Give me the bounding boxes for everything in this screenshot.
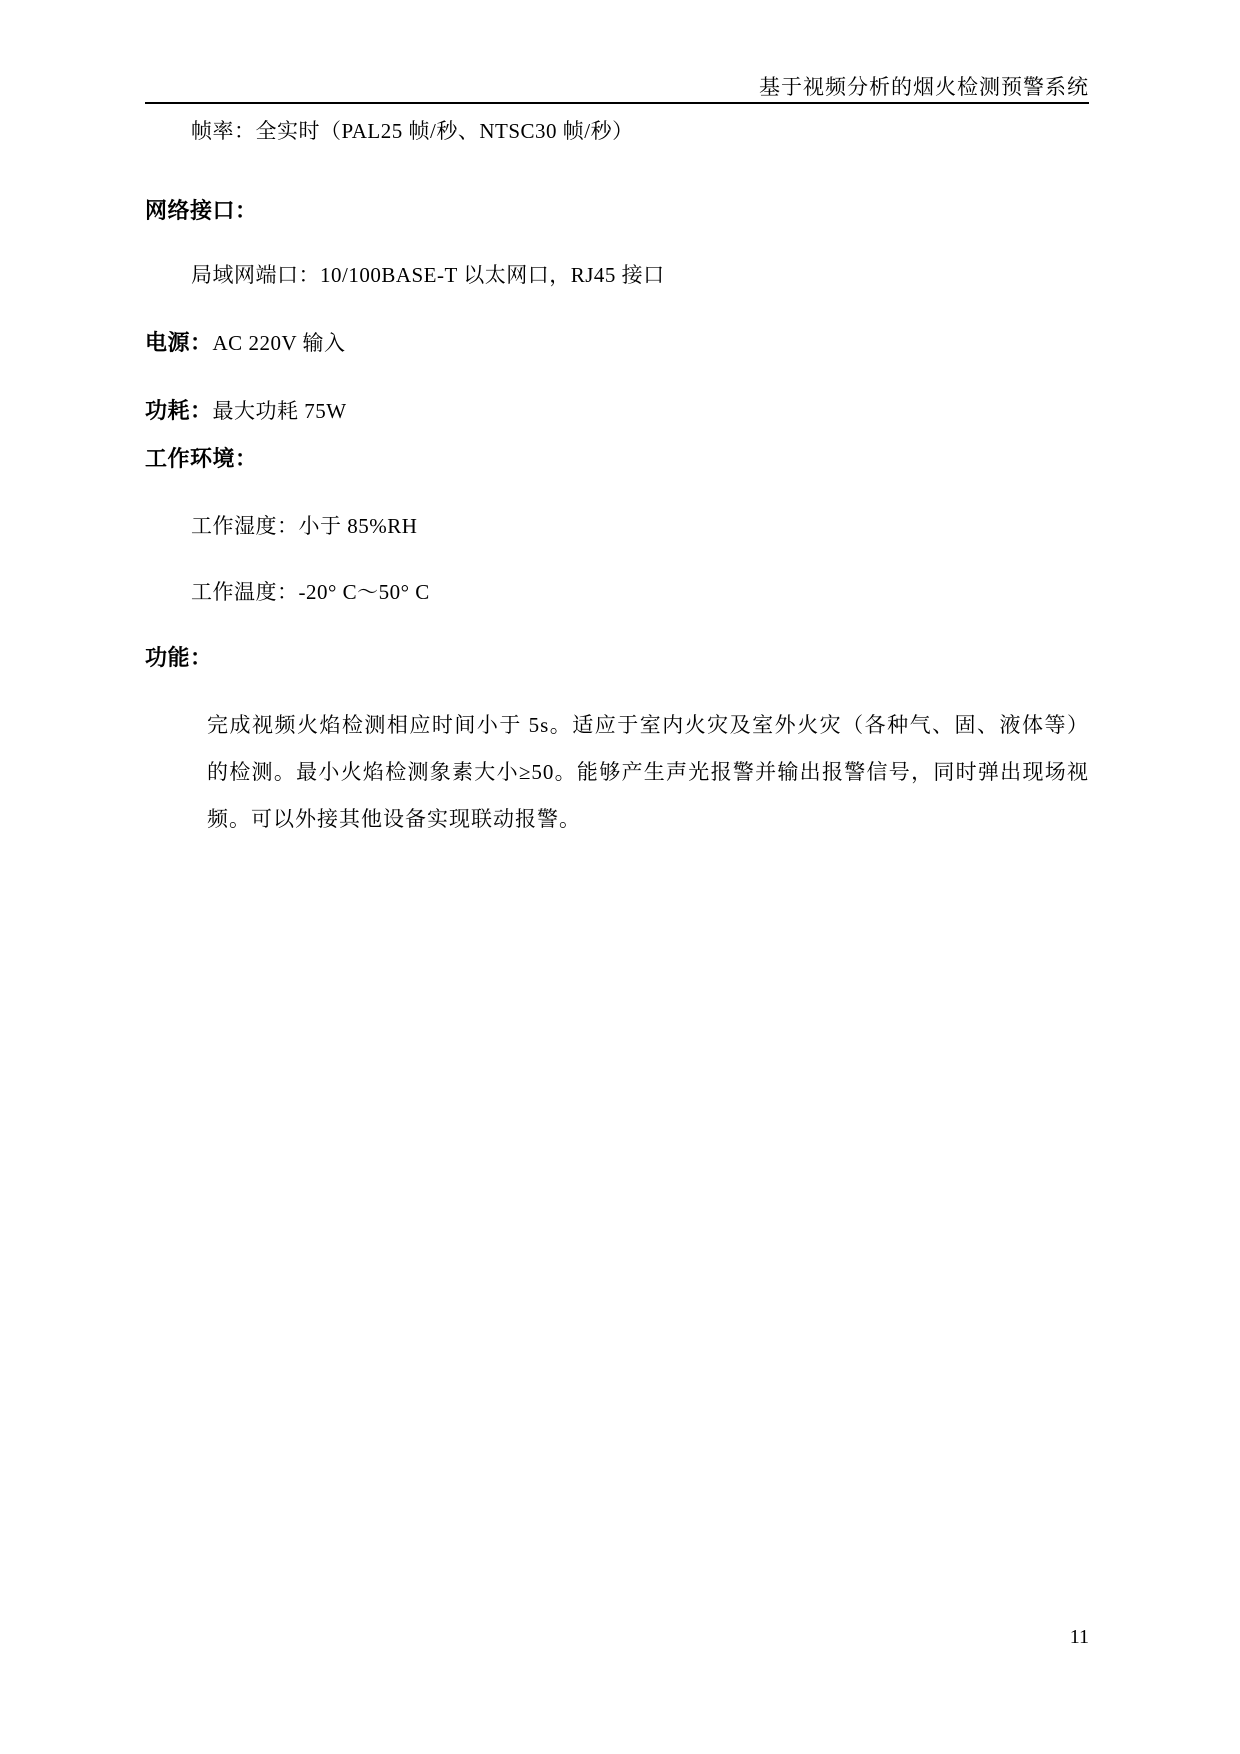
power-line: 电源：AC 220V 输入: [145, 329, 1089, 357]
frame-rate-line: 帧率：全实时（PAL25 帧/秒、NTSC30 帧/秒）: [145, 118, 1089, 145]
network-interface-heading: 网络接口：: [145, 197, 1089, 225]
working-humidity-line: 工作湿度：小于 85%RH: [145, 513, 1089, 540]
working-environment-heading: 工作环境：: [145, 445, 1089, 473]
power-value: AC 220V 输入: [213, 331, 346, 355]
document-page: 基于视频分析的烟火检测预警系统 帧率：全实时（PAL25 帧/秒、NTSC30 …: [0, 0, 1240, 1754]
page-header: 基于视频分析的烟火检测预警系统: [145, 0, 1089, 104]
lan-port-line: 局域网端口：10/100BASE-T 以太网口，RJ45 接口: [145, 262, 1089, 289]
power-consumption-label: 功耗：: [145, 398, 213, 423]
page-content: 基于视频分析的烟火检测预警系统 帧率：全实时（PAL25 帧/秒、NTSC30 …: [145, 0, 1089, 843]
power-consumption-line: 功耗：最大功耗 75W: [145, 397, 1089, 425]
header-title: 基于视频分析的烟火检测预警系统: [145, 74, 1089, 100]
page-number: 11: [1070, 1624, 1089, 1650]
power-consumption-value: 最大功耗 75W: [213, 399, 347, 423]
power-label: 电源：: [145, 330, 213, 355]
function-heading: 功能：: [145, 644, 1089, 672]
working-temperature-line: 工作温度：-20° C～50° C: [145, 579, 1089, 606]
function-description-paragraph: 完成视频火焰检测相应时间小于 5s。适应于室内火灾及室外火灾（各种气、固、液体等…: [145, 702, 1089, 843]
